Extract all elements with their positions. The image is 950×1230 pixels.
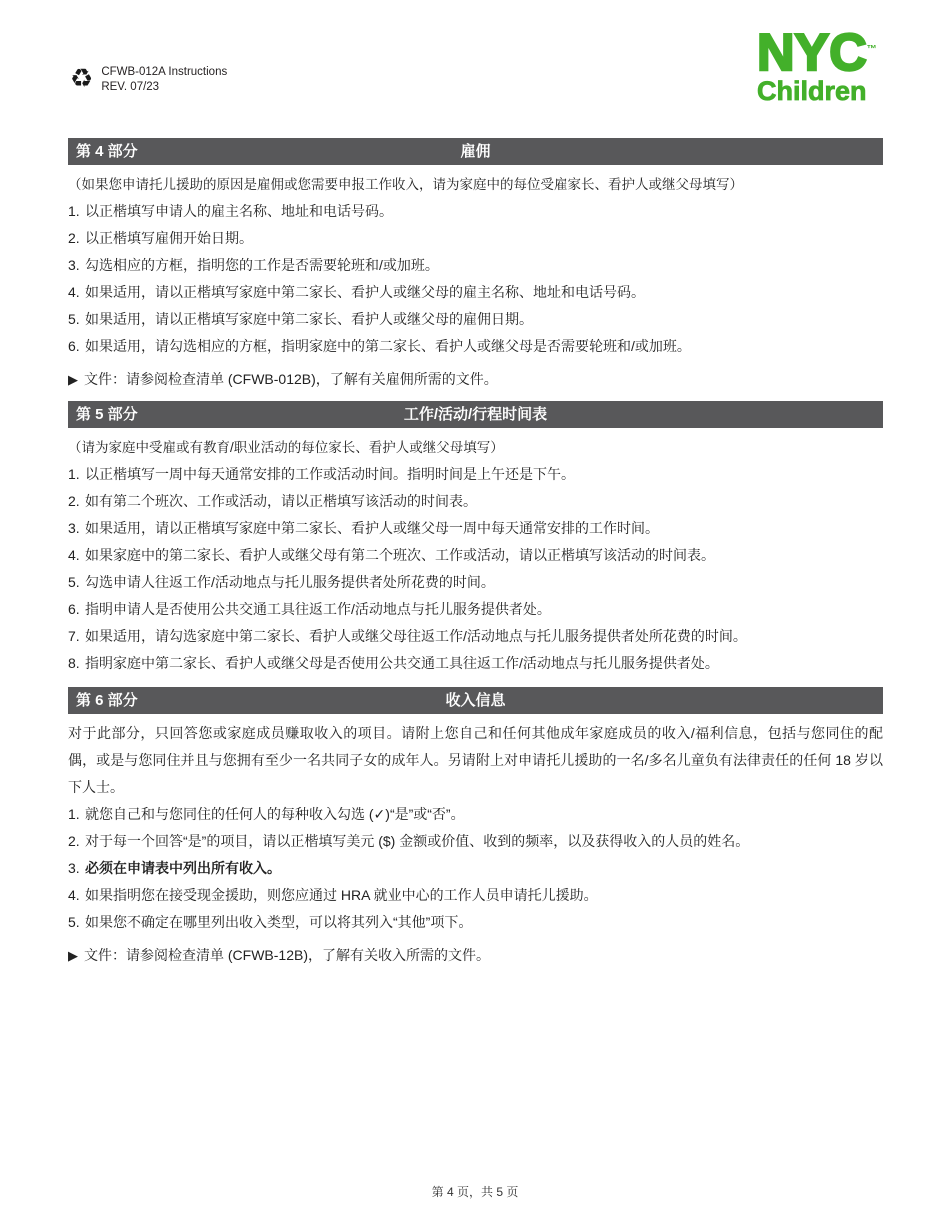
item-number: 3. — [68, 855, 82, 882]
instruction-item: 4.如果适用，请以正楷填写家庭中第二家长、看护人或继父母的雇主名称、地址和电话号… — [68, 279, 883, 306]
item-text: 指明家庭中第二家长、看护人或继父母是否使用公共交通工具往返工作/活动地点与托儿服… — [85, 655, 719, 671]
item-number: 6. — [68, 333, 82, 360]
item-number: 1. — [68, 801, 82, 828]
page-number-indicator: 第 4 页，共 5 页 — [0, 1183, 950, 1200]
section-number: 第 6 部分 — [68, 692, 138, 709]
item-number: 2. — [68, 488, 82, 515]
section-title: 雇佣 — [68, 138, 883, 165]
document-note-text: 文件：请参阅检查清单 (CFWB-12B)，了解有关收入所需的文件。 — [84, 947, 490, 963]
document-note: ▶文件：请参阅检查清单 (CFWB-012B)，了解有关雇佣所需的文件。 — [68, 366, 883, 394]
document-note-text: 文件：请参阅检查清单 (CFWB-012B)，了解有关雇佣所需的文件。 — [84, 371, 498, 387]
section-income: 收入信息 第 6 部分 对于此部分，只回答您或家庭成员赚取收入的项目。请附上您自… — [68, 687, 883, 970]
instruction-item: 5.如果您不确定在哪里列出收入类型，可以将其列入“其他”项下。 — [68, 909, 883, 936]
item-number: 5. — [68, 306, 82, 333]
item-number: 5. — [68, 569, 82, 596]
item-number: 2. — [68, 828, 82, 855]
arrow-right-icon: ▶ — [68, 949, 78, 964]
instruction-item: 3.必须在申请表中列出所有收入。 — [68, 855, 883, 882]
item-text: 如果指明您在接受现金援助，则您应通过 HRA 就业中心的工作人员申请托儿援助。 — [85, 887, 598, 903]
section-title: 工作/活动/行程时间表 — [68, 401, 883, 428]
instruction-item: 2.如有第二个班次、工作或活动，请以正楷填写该活动的时间表。 — [68, 488, 883, 515]
document-body: 雇佣 第 4 部分 （如果您申请托儿援助的原因是雇佣或您需要申报工作收入，请为家… — [68, 0, 883, 970]
section-header-bar: 工作/活动/行程时间表 第 5 部分 — [68, 401, 883, 428]
instruction-item: 3.勾选相应的方框，指明您的工作是否需要轮班和/或加班。 — [68, 252, 883, 279]
item-number: 8. — [68, 650, 82, 677]
document-page: ♻ CFWB-012A Instructions REV. 07/23 NYC™… — [0, 0, 950, 1230]
instruction-item: 2.对于每一个回答“是”的项目，请以正楷填写美元 ($) 金额或价值、收到的频率… — [68, 828, 883, 855]
item-text: 如果适用，请以正楷填写家庭中第二家长、看护人或继父母的雇佣日期。 — [85, 311, 533, 327]
item-number: 4. — [68, 882, 82, 909]
instruction-item: 5.如果适用，请以正楷填写家庭中第二家长、看护人或继父母的雇佣日期。 — [68, 306, 883, 333]
item-text: 勾选相应的方框，指明您的工作是否需要轮班和/或加班。 — [85, 257, 439, 273]
instruction-item: 5.勾选申请人往返工作/活动地点与托儿服务提供者处所花费的时间。 — [68, 569, 883, 596]
section-title: 收入信息 — [68, 687, 883, 714]
instruction-item: 1.就您自己和与您同住的任何人的每种收入勾选 (✓)“是”或“否”。 — [68, 801, 883, 828]
item-text: 对于每一个回答“是”的项目，请以正楷填写美元 ($) 金额或价值、收到的频率，以… — [85, 833, 749, 849]
item-text: 如果适用，请以正楷填写家庭中第二家长、看护人或继父母一周中每天通常安排的工作时间… — [85, 520, 659, 536]
instruction-item: 1.以正楷填写申请人的雇主名称、地址和电话号码。 — [68, 198, 883, 225]
item-text: 如果适用，请以正楷填写家庭中第二家长、看护人或继父母的雇主名称、地址和电话号码。 — [85, 284, 645, 300]
item-number: 3. — [68, 515, 82, 542]
item-text: 以正楷填写申请人的雇主名称、地址和电话号码。 — [85, 203, 393, 219]
instruction-item: 4.如果家庭中的第二家长、看护人或继父母有第二个班次、工作或活动，请以正楷填写该… — [68, 542, 883, 569]
item-number: 4. — [68, 542, 82, 569]
item-text: 如果家庭中的第二家长、看护人或继父母有第二个班次、工作或活动，请以正楷填写该活动… — [85, 547, 715, 563]
instruction-item: 4.如果指明您在接受现金援助，则您应通过 HRA 就业中心的工作人员申请托儿援助… — [68, 882, 883, 909]
item-text: 如果适用，请勾选家庭中第二家长、看护人或继父母往返工作/活动地点与托儿服务提供者… — [85, 628, 747, 644]
instruction-item: 3.如果适用，请以正楷填写家庭中第二家长、看护人或继父母一周中每天通常安排的工作… — [68, 515, 883, 542]
arrow-right-icon: ▶ — [68, 373, 78, 388]
instruction-item: 6.指明申请人是否使用公共交通工具往返工作/活动地点与托儿服务提供者处。 — [68, 596, 883, 623]
section-employment: 雇佣 第 4 部分 （如果您申请托儿援助的原因是雇佣或您需要申报工作收入，请为家… — [68, 138, 883, 394]
item-text: 以正楷填写一周中每天通常安排的工作或活动时间。指明时间是上午还是下午。 — [85, 466, 575, 482]
item-number: 2. — [68, 225, 82, 252]
item-text: 就您自己和与您同住的任何人的每种收入勾选 (✓)“是”或“否”。 — [85, 806, 465, 822]
item-text: 必须在申请表中列出所有收入。 — [85, 860, 281, 876]
section-intro: （如果您申请托儿援助的原因是雇佣或您需要申报工作收入，请为家庭中的每位受雇家长、… — [68, 171, 883, 198]
item-text: 勾选申请人往返工作/活动地点与托儿服务提供者处所花费的时间。 — [85, 574, 495, 590]
section-number: 第 5 部分 — [68, 406, 138, 423]
item-text: 指明申请人是否使用公共交通工具往返工作/活动地点与托儿服务提供者处。 — [85, 601, 551, 617]
item-number: 4. — [68, 279, 82, 306]
item-number: 3. — [68, 252, 82, 279]
section-header-bar: 雇佣 第 4 部分 — [68, 138, 883, 165]
item-text: 如有第二个班次、工作或活动，请以正楷填写该活动的时间表。 — [85, 493, 477, 509]
section-header-bar: 收入信息 第 6 部分 — [68, 687, 883, 714]
instruction-item: 6.如果适用，请勾选相应的方框，指明家庭中的第二家长、看护人或继父母是否需要轮班… — [68, 333, 883, 360]
item-number: 1. — [68, 461, 82, 488]
item-text: 以正楷填写雇佣开始日期。 — [85, 230, 253, 246]
item-number: 1. — [68, 198, 82, 225]
item-text: 如果适用，请勾选相应的方框，指明家庭中的第二家长、看护人或继父母是否需要轮班和/… — [85, 338, 691, 354]
instruction-item: 8.指明家庭中第二家长、看护人或继父母是否使用公共交通工具往返工作/活动地点与托… — [68, 650, 883, 677]
document-note: ▶文件：请参阅检查清单 (CFWB-12B)，了解有关收入所需的文件。 — [68, 942, 883, 970]
section-schedule: 工作/活动/行程时间表 第 5 部分 （请为家庭中受雇或有教育/职业活动的每位家… — [68, 401, 883, 677]
item-text: 如果您不确定在哪里列出收入类型，可以将其列入“其他”项下。 — [85, 914, 472, 930]
instruction-item: 2.以正楷填写雇佣开始日期。 — [68, 225, 883, 252]
instruction-item: 1.以正楷填写一周中每天通常安排的工作或活动时间。指明时间是上午还是下午。 — [68, 461, 883, 488]
instruction-item: 7.如果适用，请勾选家庭中第二家长、看护人或继父母往返工作/活动地点与托儿服务提… — [68, 623, 883, 650]
item-number: 7. — [68, 623, 82, 650]
section-intro: （请为家庭中受雇或有教育/职业活动的每位家长、看护人或继父母填写） — [68, 434, 883, 461]
item-number: 6. — [68, 596, 82, 623]
item-number: 5. — [68, 909, 82, 936]
section-number: 第 4 部分 — [68, 143, 138, 160]
section-intro-paragraph: 对于此部分，只回答您或家庭成员赚取收入的项目。请附上您自己和任何其他成年家庭成员… — [68, 720, 883, 801]
